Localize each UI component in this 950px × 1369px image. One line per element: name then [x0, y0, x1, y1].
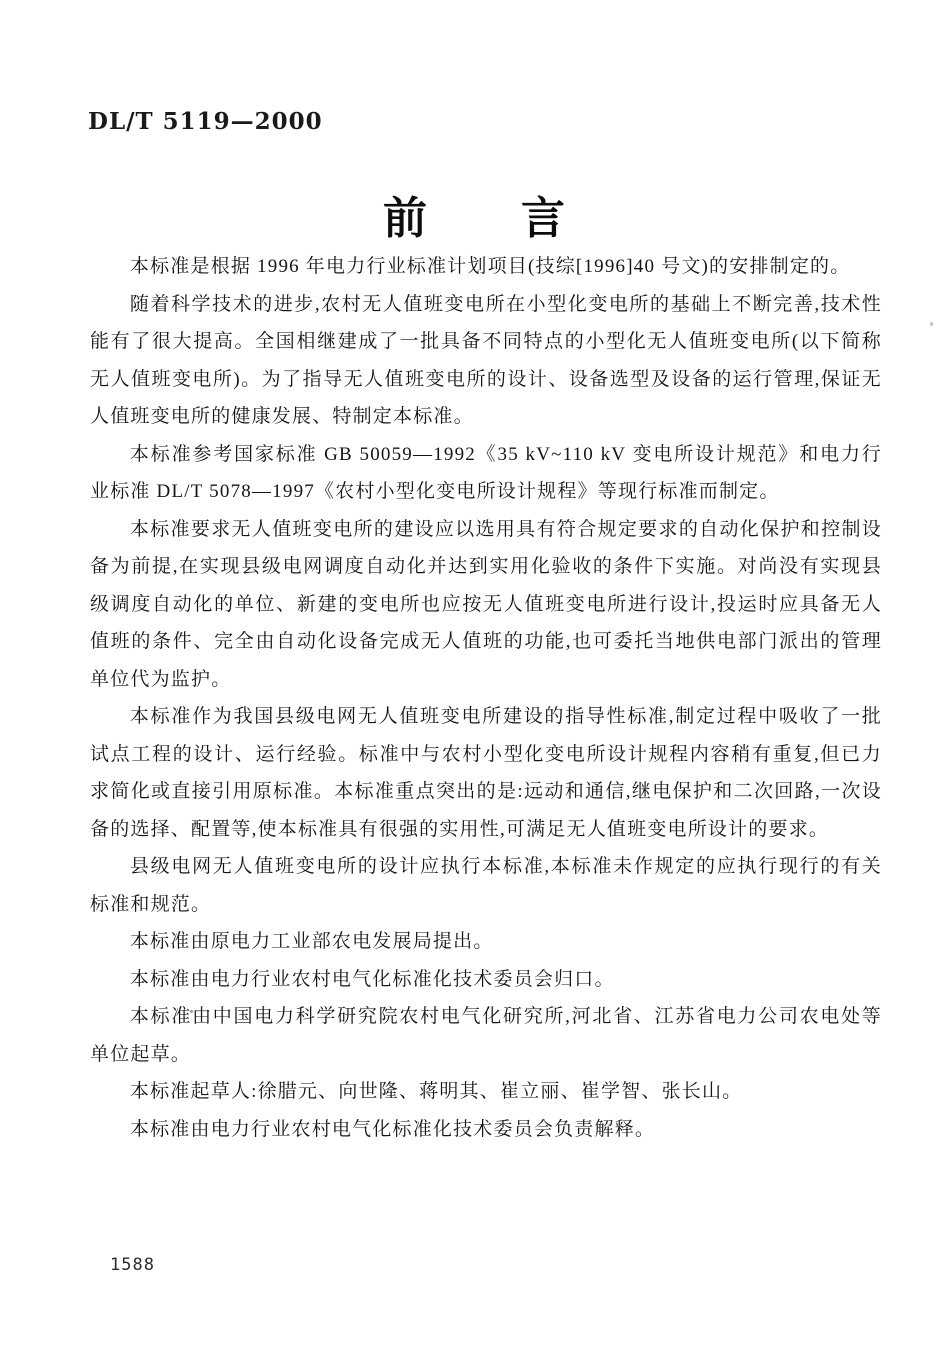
page-number: 1588	[110, 1255, 155, 1275]
body-paragraph: 本标准由原电力工业部农电发展局提出。	[90, 923, 882, 961]
body-paragraph: 本标准由中国电力科学研究院农村电气化研究所,河北省、江苏省电力公司农电处等单位起…	[90, 998, 882, 1073]
foreword-body: 本标准是根据 1996 年电力行业标准计划项目(技综[1996]40 号文)的安…	[90, 248, 882, 1148]
body-paragraph: 本标准作为我国县级电网无人值班变电所建设的指导性标准,制定过程中吸收了一批试点工…	[90, 698, 882, 848]
body-paragraph: 本标准由电力行业农村电气化标准化技术委员会归口。	[90, 961, 882, 999]
body-paragraph: 本标准是根据 1996 年电力行业标准计划项目(技综[1996]40 号文)的安…	[90, 248, 882, 286]
document-page: DL/T 5119—2000 前 言 本标准是根据 1996 年电力行业标准计划…	[0, 0, 950, 1369]
body-paragraph: 本标准由电力行业农村电气化标准化技术委员会负责解释。	[90, 1111, 882, 1149]
body-paragraph: 本标准参考国家标准 GB 50059—1992《35 kV~110 kV 变电所…	[90, 436, 882, 511]
body-paragraph: 本标准起草人:徐腊元、向世隆、蒋明其、崔立丽、崔学智、张长山。	[90, 1073, 882, 1111]
scan-speck	[930, 322, 933, 326]
body-paragraph: 县级电网无人值班变电所的设计应执行本标准,本标准未作规定的应执行现行的有关标准和…	[90, 848, 882, 923]
body-paragraph: 本标准要求无人值班变电所的建设应以选用具有符合规定要求的自动化保护和控制设备为前…	[90, 511, 882, 699]
body-paragraph: 随着科学技术的进步,农村无人值班变电所在小型化变电所的基础上不断完善,技术性能有…	[90, 286, 882, 436]
scan-speck	[190, 1010, 193, 1013]
standard-code: DL/T 5119—2000	[88, 108, 323, 135]
page-title: 前 言	[0, 182, 950, 246]
